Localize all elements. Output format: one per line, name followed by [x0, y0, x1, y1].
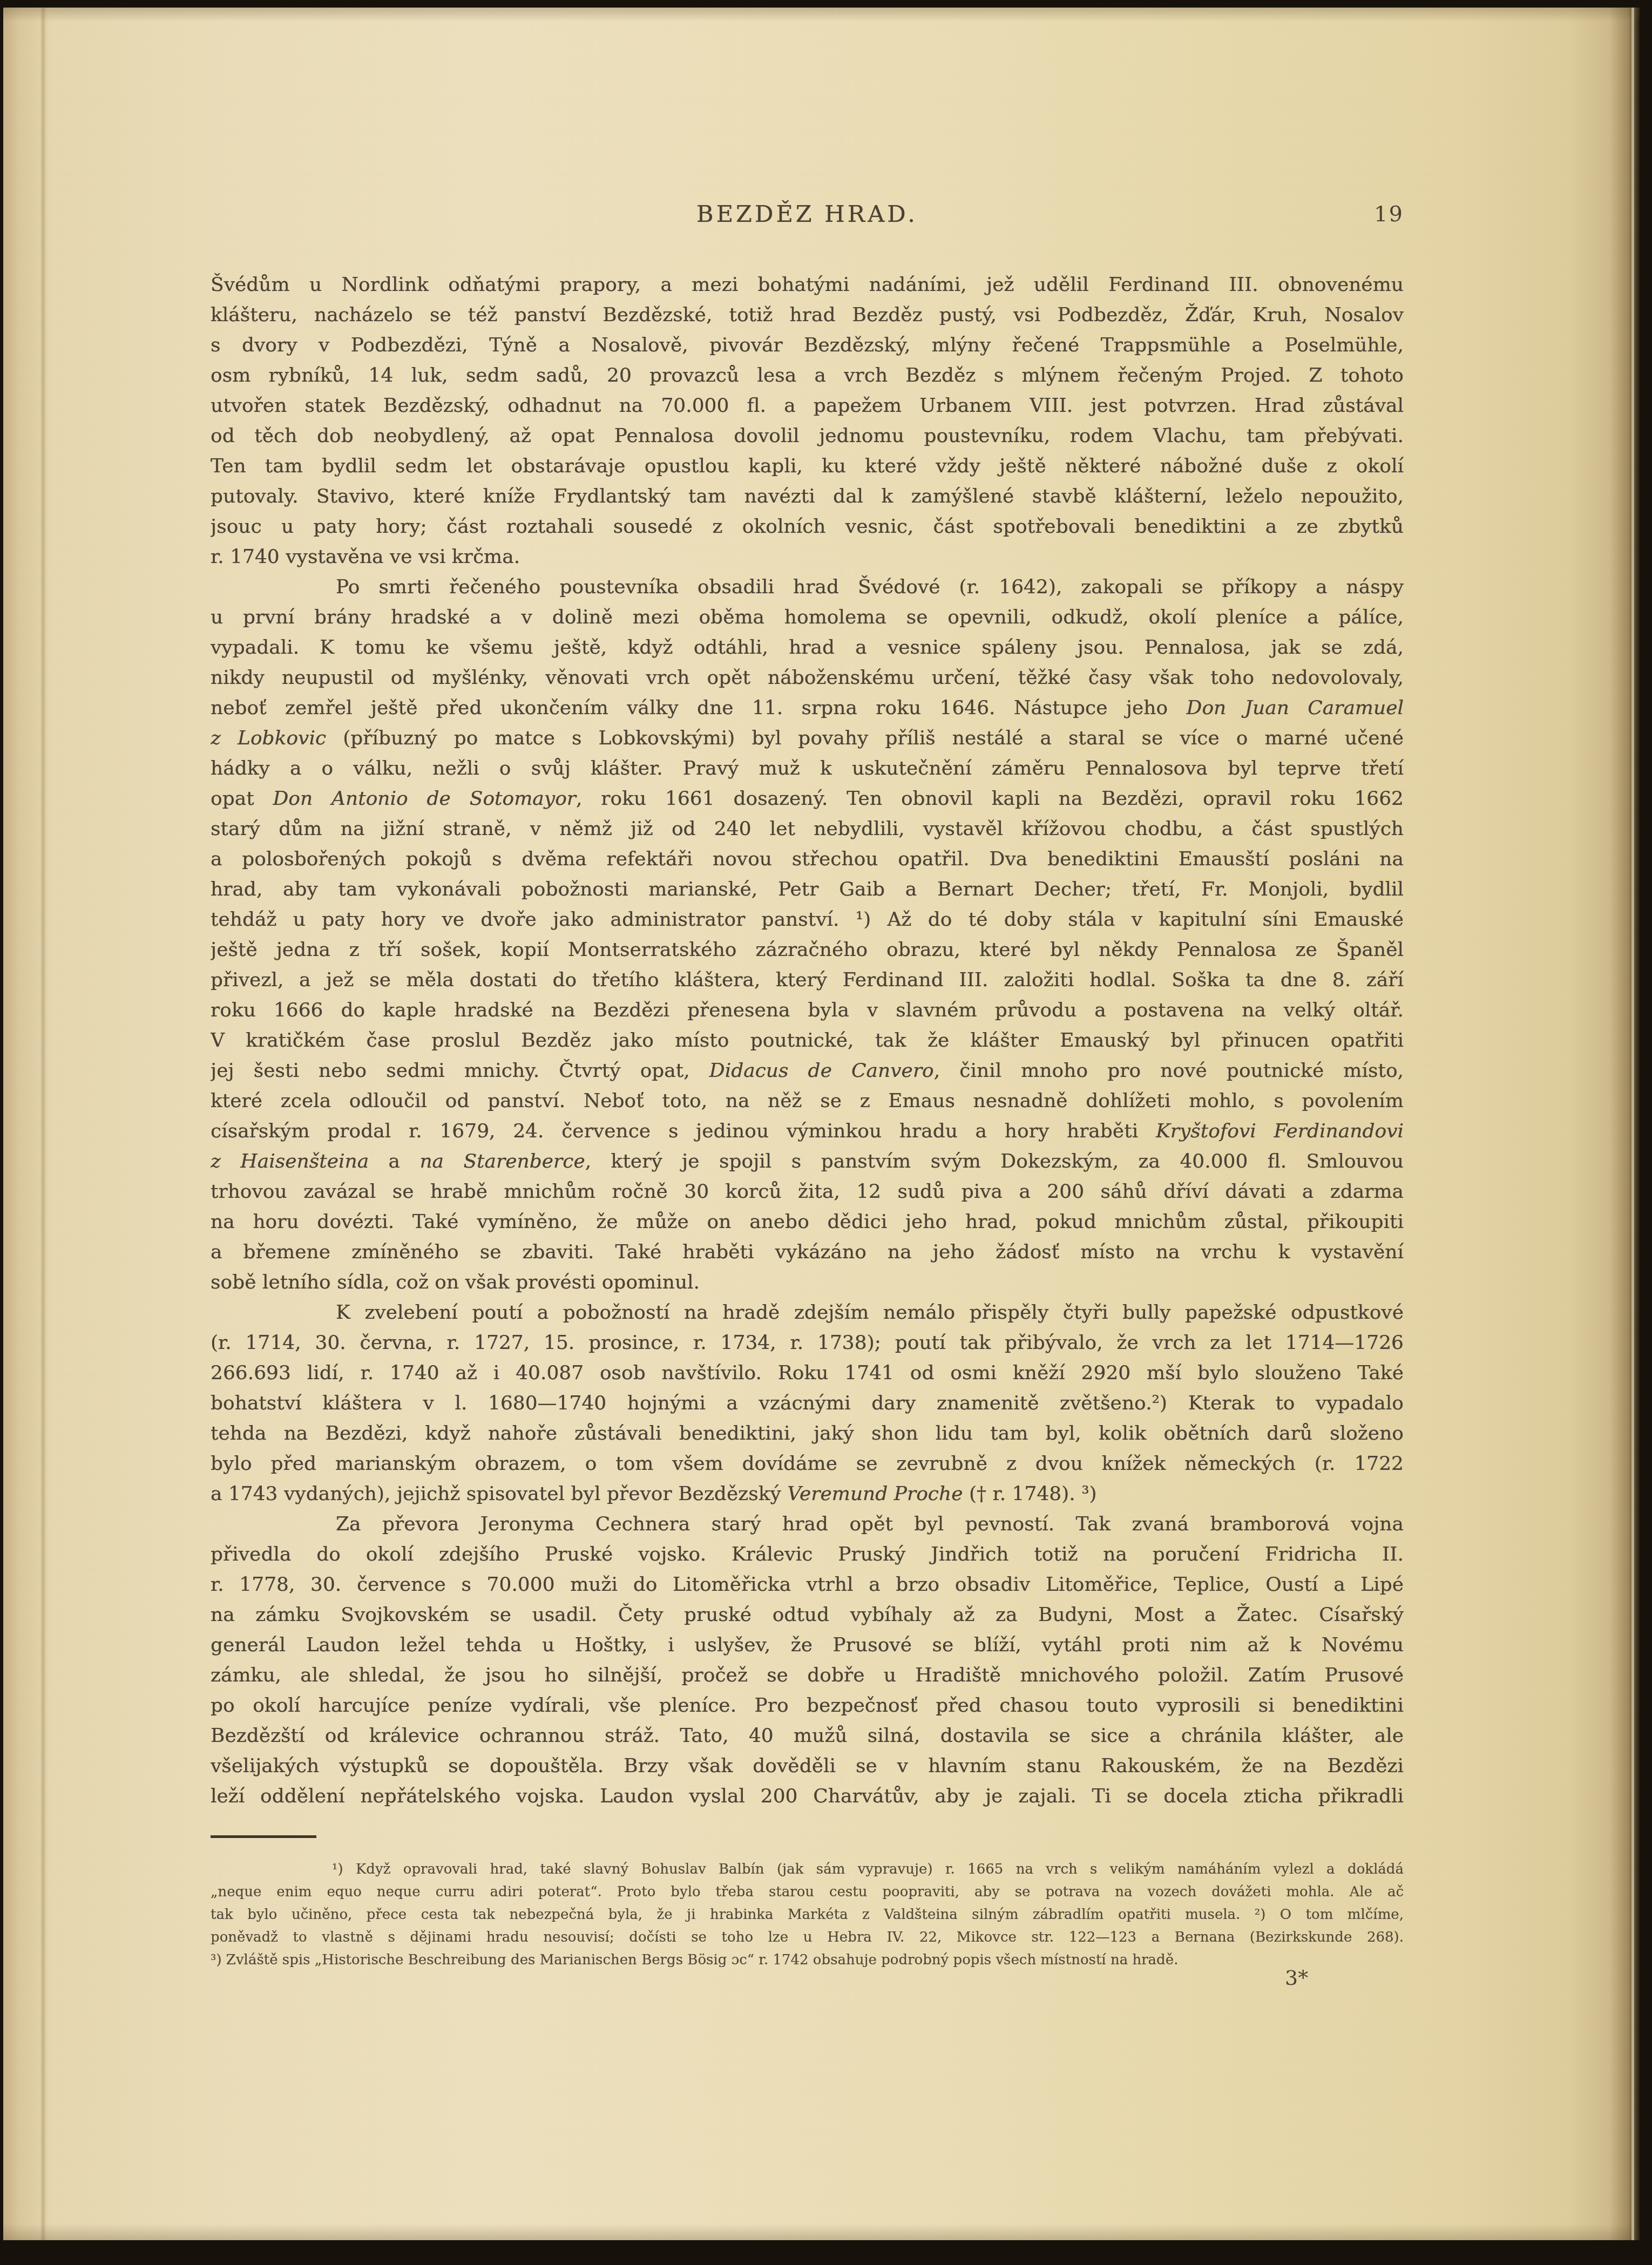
- text-segment: Švédům u Nordlink odňatými prapory, a me…: [211, 274, 1404, 296]
- footnote-separator: [211, 1835, 316, 1838]
- text-line: a břemene zmíněného se zbaviti. Také hra…: [211, 1237, 1404, 1267]
- text-line: „neque enim equo neque curru adiri poter…: [211, 1881, 1404, 1903]
- text-line: (r. 1714, 30. června, r. 1727, 15. prosi…: [211, 1328, 1404, 1358]
- text-line: generál Laudon ležel tehda u Hoštky, i u…: [211, 1630, 1404, 1660]
- book-page: BEZDĚZ HRAD. 19 Švédům u Nordlink odňatý…: [3, 8, 1640, 2240]
- scanned-book-photo: { "header": { "title": "BEZDĚZ HRAD.", "…: [0, 0, 1652, 2265]
- text-segment: leží oddělení nepřátelského vojska. Laud…: [211, 1785, 1404, 1807]
- text-segment: císařským prodal r. 1679, 24. července s…: [211, 1120, 1156, 1142]
- text-line: opat Don Antonio de Sotomayor, roku 1661…: [211, 784, 1404, 814]
- text-segment: jej šesti nebo sedmi mnichy. Čtvrtý opat…: [211, 1060, 709, 1082]
- text-line: r. 1740 vystavěna ve vsi krčma.: [211, 542, 1404, 572]
- text-segment: s dvory v Podbezdězi, Týně a Nosalově, p…: [211, 334, 1404, 356]
- text-segment: Po smrti řečeného poustevníka obsadili h…: [336, 576, 1404, 598]
- text-segment: 266.693 lidí, r. 1740 až i 40.087 osob n…: [211, 1362, 1404, 1384]
- text-line: jsouc u paty hory; část roztahali soused…: [211, 512, 1404, 542]
- text-segment: od těch dob neobydlený, až opat Pennalos…: [211, 425, 1404, 447]
- text-line: bylo před marianským obrazem, o tom všem…: [211, 1449, 1404, 1479]
- text-line: přivezl, a jež se měla dostati do třetíh…: [211, 965, 1404, 995]
- text-segment: na horu dovézti. Také vymíněno, že může …: [211, 1211, 1404, 1233]
- text-line: Po smrti řečeného poustevníka obsadili h…: [211, 572, 1404, 602]
- text-line: putovaly. Stavivo, které kníže Frydlants…: [211, 482, 1404, 512]
- text-segment: hrad, aby tam vykonávali pobožnosti mari…: [211, 878, 1404, 900]
- footnotes: ¹) Když opravovali hrad, také slavný Boh…: [211, 1858, 1404, 1971]
- text-line: tehda na Bezdězi, když nahoře zůstávali …: [211, 1419, 1404, 1449]
- page-gutter-crease: [40, 8, 48, 2240]
- text-line: které zcela odloučil od panství. Neboť t…: [211, 1086, 1404, 1116]
- text-segment: starý dům na jižní straně, v němž již od…: [211, 818, 1404, 840]
- text-segment: , roku 1661 dosazený. Ten obnovil kapli …: [576, 788, 1404, 810]
- text-line: Ten tam bydlil sedm let obstarávaje opus…: [211, 451, 1404, 482]
- text-segment: generál Laudon ležel tehda u Hoštky, i u…: [211, 1634, 1404, 1656]
- text-line: osm rybníků, 14 luk, sedm sadů, 20 prova…: [211, 361, 1404, 391]
- text-line: sobě letního sídla, což on však provésti…: [211, 1267, 1404, 1298]
- text-segment: sobě letního sídla, což on však provésti…: [211, 1271, 700, 1293]
- italic-text-segment: Veremund Proche: [787, 1483, 963, 1505]
- text-segment: bylo před marianským obrazem, o tom všem…: [211, 1453, 1404, 1475]
- text-line: u první brány hradské a v dolině mezi ob…: [211, 602, 1404, 633]
- text-segment: poněvadž to vlastně s dějinami hradu nes…: [211, 1929, 1404, 1945]
- text-segment: tehda na Bezdězi, když nahoře zůstávali …: [211, 1422, 1404, 1445]
- text-line: Bezdězští od králevice ochrannou stráž. …: [211, 1721, 1404, 1751]
- text-segment: vypadali. K tomu ke všemu ještě, když od…: [211, 636, 1404, 659]
- text-line: císařským prodal r. 1679, 24. července s…: [211, 1116, 1404, 1147]
- text-segment: r. 1778, 30. července s 70.000 muži do L…: [211, 1574, 1404, 1596]
- text-segment: Za převora Jeronyma Cechnera starý hrad …: [336, 1513, 1404, 1535]
- text-segment: bohatství kláštera v l. 1680—1740 hojným…: [211, 1392, 1404, 1414]
- italic-text-segment: Kryštofovi Ferdinandovi: [1156, 1120, 1404, 1142]
- text-line: tak bylo učiněno, přece cesta tak nebezp…: [211, 1903, 1404, 1926]
- text-line: z Haisenšteina a na Starenberce, který j…: [211, 1147, 1404, 1177]
- text-segment: a polosbořených pokojů s dvěma refektáři…: [211, 848, 1404, 870]
- text-segment: tehdáž u paty hory ve dvoře jako adminis…: [211, 908, 1404, 931]
- italic-text-segment: Don Juan Caramuel: [1187, 697, 1404, 719]
- text-segment: klášteru, nacházelo se též panství Bezdě…: [211, 304, 1404, 326]
- italic-text-segment: Didacus de Canvero: [709, 1060, 934, 1082]
- text-line: od těch dob neobydlený, až opat Pennalos…: [211, 421, 1404, 451]
- text-line: K zvelebení poutí a pobožností na hradě …: [211, 1298, 1404, 1328]
- text-line: poněvadž to vlastně s dějinami hradu nes…: [211, 1926, 1404, 1949]
- text-line: klášteru, nacházelo se též panství Bezdě…: [211, 300, 1404, 330]
- text-segment: tak bylo učiněno, přece cesta tak nebezp…: [211, 1907, 1404, 1923]
- text-line: ³) Zvláště spis „Historische Beschreibun…: [211, 1949, 1404, 1971]
- page-right-edge-highlight: [1631, 8, 1634, 2240]
- page-number: 19: [1374, 202, 1404, 227]
- text-line: 266.693 lidí, r. 1740 až i 40.087 osob n…: [211, 1358, 1404, 1388]
- text-line: bohatství kláštera v l. 1680—1740 hojným…: [211, 1388, 1404, 1419]
- text-segment: hádky a o válku, nežli o svůj klášter. P…: [211, 757, 1404, 779]
- text-line: leží oddělení nepřátelského vojska. Laud…: [211, 1781, 1404, 1812]
- text-line: na zámku Svojkovském se usadil. Čety pru…: [211, 1600, 1404, 1630]
- text-segment: neboť zemřel ještě před ukončením války …: [211, 697, 1187, 719]
- text-segment: trhovou zavázal se hrabě mnichům ročně 3…: [211, 1181, 1404, 1203]
- text-segment: ještě jedna z tří sošek, kopií Montserra…: [211, 939, 1404, 961]
- text-line: trhovou zavázal se hrabě mnichům ročně 3…: [211, 1177, 1404, 1207]
- text-line: r. 1778, 30. července s 70.000 muži do L…: [211, 1570, 1404, 1600]
- text-line: starý dům na jižní straně, v němž již od…: [211, 814, 1404, 844]
- text-line: vypadali. K tomu ke všemu ještě, když od…: [211, 633, 1404, 663]
- text-segment: V kratičkém čase proslul Bezděz jako mís…: [211, 1029, 1404, 1052]
- text-segment: († r. 1748). ³): [963, 1483, 1097, 1505]
- text-line: hádky a o válku, nežli o svůj klášter. P…: [211, 754, 1404, 784]
- text-line: a polosbořených pokojů s dvěma refektáři…: [211, 844, 1404, 874]
- text-segment: na zámku Svojkovském se usadil. Čety pru…: [211, 1604, 1404, 1626]
- text-line: z Lobkovic (příbuzný po matce s Lobkovsk…: [211, 723, 1404, 754]
- text-segment: zámku, ale shledal, že jsou ho silnější,…: [211, 1664, 1404, 1686]
- text-line: tehdáž u paty hory ve dvoře jako adminis…: [211, 905, 1404, 935]
- text-segment: opat: [211, 788, 273, 810]
- text-segment: „neque enim equo neque curru adiri poter…: [211, 1884, 1404, 1900]
- text-line: zámku, ale shledal, že jsou ho silnější,…: [211, 1660, 1404, 1691]
- body-text: Švédům u Nordlink odňatými prapory, a me…: [211, 270, 1404, 1812]
- italic-text-segment: z Lobkovic: [211, 727, 326, 749]
- text-segment: ³) Zvláště spis „Historische Beschreibun…: [211, 1952, 1178, 1968]
- text-line: hrad, aby tam vykonávali pobožnosti mari…: [211, 874, 1404, 905]
- text-line: jej šesti nebo sedmi mnichy. Čtvrtý opat…: [211, 1056, 1404, 1086]
- text-line: s dvory v Podbezdězi, Týně a Nosalově, p…: [211, 330, 1404, 361]
- italic-text-segment: na Starenberce: [419, 1150, 585, 1172]
- text-line: ještě jedna z tří sošek, kopií Montserra…: [211, 935, 1404, 965]
- text-segment: osm rybníků, 14 luk, sedm sadů, 20 prova…: [211, 364, 1404, 386]
- text-segment: roku 1666 do kaple hradské na Bezdězi př…: [211, 999, 1404, 1021]
- text-line: V kratičkém čase proslul Bezděz jako mís…: [211, 1026, 1404, 1056]
- text-line: utvořen statek Bezdězský, odhadnut na 70…: [211, 391, 1404, 421]
- text-segment: které zcela odloučil od panství. Neboť t…: [211, 1090, 1404, 1112]
- text-line: neboť zemřel ještě před ukončením války …: [211, 693, 1404, 723]
- text-segment: a 1743 vydaných), jejichž spisovatel byl…: [211, 1483, 787, 1505]
- text-segment: jsouc u paty hory; část roztahali soused…: [211, 516, 1404, 538]
- text-segment: všelijakých výstupků se dopouštěla. Brzy…: [211, 1755, 1404, 1777]
- text-segment: r. 1740 vystavěna ve vsi krčma.: [211, 546, 520, 568]
- text-segment: po okolí harcujíce peníze vydírali, vše …: [211, 1694, 1404, 1717]
- italic-text-segment: Don Antonio de Sotomayor: [273, 788, 576, 810]
- page-title: BEZDĚZ HRAD.: [211, 201, 1404, 228]
- text-segment: K zvelebení poutí a pobožností na hradě …: [336, 1301, 1404, 1324]
- text-segment: , činil mnoho pro nové poutnické místo,: [934, 1060, 1404, 1082]
- text-segment: utvořen statek Bezdězský, odhadnut na 70…: [211, 395, 1404, 417]
- text-segment: nikdy neupustil od myšlénky, věnovati vr…: [211, 667, 1404, 689]
- text-segment: ¹) Když opravovali hrad, také slavný Boh…: [332, 1861, 1404, 1877]
- text-line: ¹) Když opravovali hrad, také slavný Boh…: [211, 1858, 1404, 1881]
- text-line: všelijakých výstupků se dopouštěla. Brzy…: [211, 1751, 1404, 1781]
- text-segment: putovaly. Stavivo, které kníže Frydlants…: [211, 485, 1404, 507]
- signature-mark: 3*: [1285, 1966, 1308, 1990]
- text-line: Švédům u Nordlink odňatými prapory, a me…: [211, 270, 1404, 300]
- text-line: a 1743 vydaných), jejichž spisovatel byl…: [211, 1479, 1404, 1509]
- text-line: na horu dovézti. Také vymíněno, že může …: [211, 1207, 1404, 1237]
- text-segment: přivedla do okolí zdejšího Pruské vojsko…: [211, 1543, 1404, 1565]
- text-line: roku 1666 do kaple hradské na Bezdězi př…: [211, 995, 1404, 1026]
- text-segment: (r. 1714, 30. června, r. 1727, 15. prosi…: [211, 1332, 1404, 1354]
- text-line: Za převora Jeronyma Cechnera starý hrad …: [211, 1509, 1404, 1540]
- running-header: BEZDĚZ HRAD. 19: [211, 201, 1404, 233]
- text-segment: Bezdězští od králevice ochrannou stráž. …: [211, 1725, 1404, 1747]
- text-segment: (příbuzný po matce s Lobkovskými) byl po…: [326, 727, 1404, 749]
- italic-text-segment: z Haisenšteina: [211, 1150, 369, 1172]
- text-segment: přivezl, a jež se měla dostati do třetíh…: [211, 969, 1404, 991]
- text-segment: a: [369, 1150, 419, 1172]
- text-segment: u první brány hradské a v dolině mezi ob…: [211, 606, 1404, 628]
- text-line: po okolí harcujíce peníze vydírali, vše …: [211, 1691, 1404, 1721]
- text-segment: a břemene zmíněného se zbaviti. Také hra…: [211, 1241, 1404, 1263]
- text-segment: Ten tam bydlil sedm let obstarávaje opus…: [211, 455, 1404, 477]
- text-line: přivedla do okolí zdejšího Pruské vojsko…: [211, 1540, 1404, 1570]
- text-segment: , který je spojil s panstvím svým Dokezs…: [585, 1150, 1404, 1172]
- text-line: nikdy neupustil od myšlénky, věnovati vr…: [211, 663, 1404, 693]
